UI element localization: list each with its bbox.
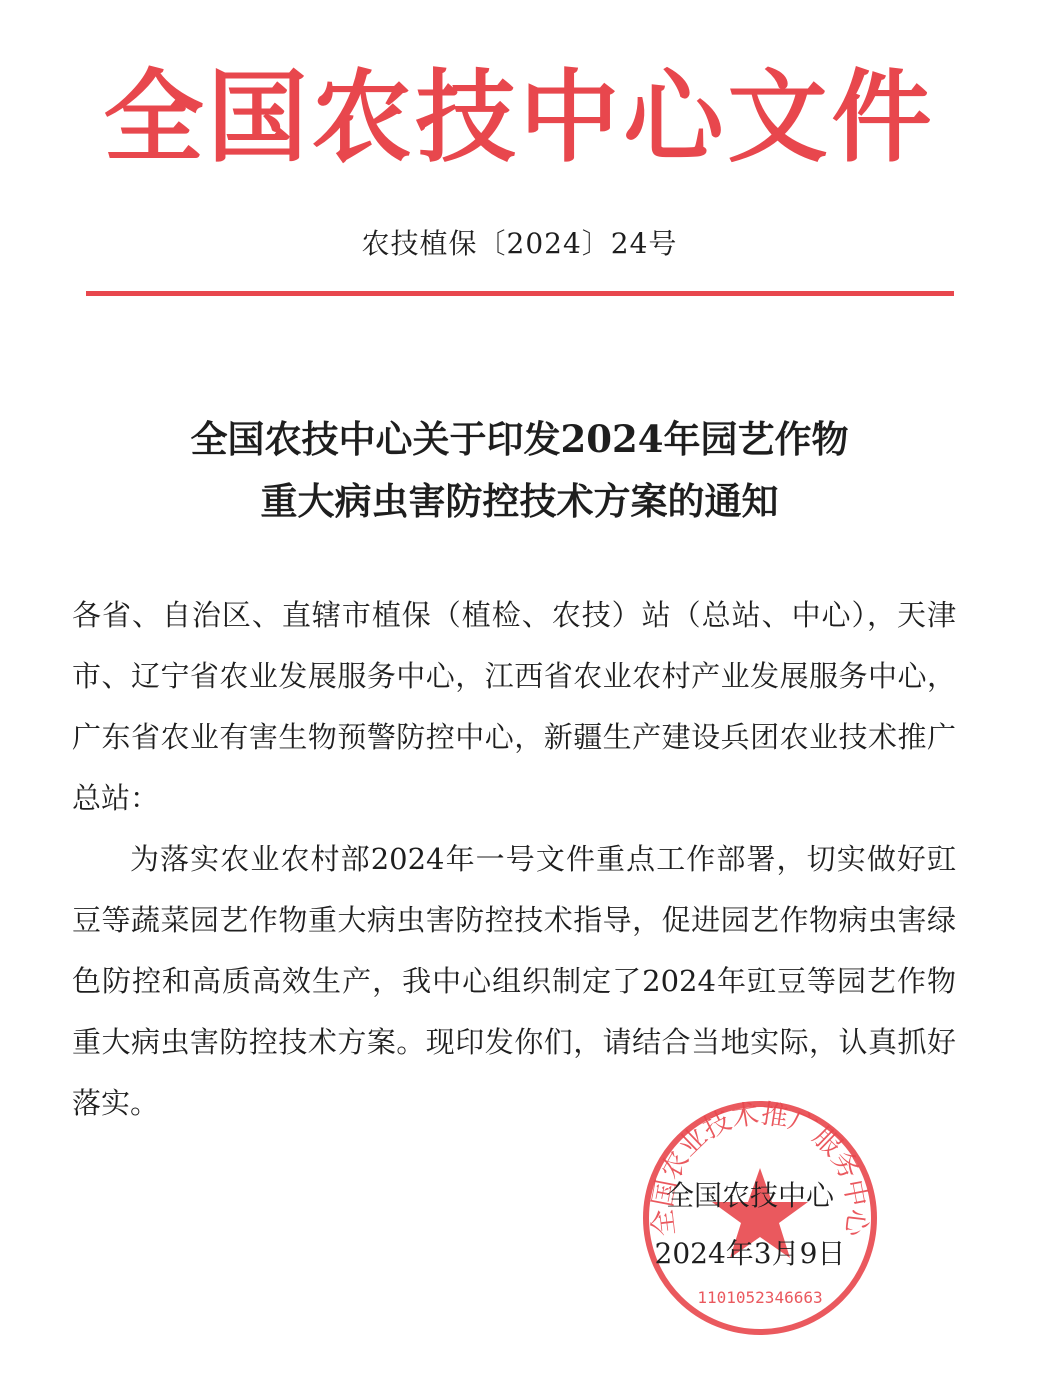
signature-block: 全国农技中心 2024年3月9日 — [620, 1167, 880, 1283]
signature-org: 全国农技中心 — [620, 1167, 880, 1225]
signature-date: 2024年3月9日 — [620, 1225, 880, 1283]
document-number: 农技植保〔2024〕24号 — [0, 224, 1039, 264]
addressee: 各省、自治区、直辖市植保（植检、农技）站（总站、中心），天津市、辽宁省农业发展服… — [72, 585, 956, 829]
document-title: 全国农技中心关于印发2024年园艺作物 重大病虫害防控技术方案的通知 — [0, 408, 1039, 532]
document-body: 各省、自治区、直辖市植保（植检、农技）站（总站、中心），天津市、辽宁省农业发展服… — [72, 585, 956, 1134]
document-title-line-1: 全国农技中心关于印发2024年园艺作物 — [0, 408, 1039, 470]
seal-code: 1101052346663 — [697, 1288, 822, 1307]
body-paragraph: 为落实农业农村部2024年一号文件重点工作部署，切实做好豇豆等蔬菜园艺作物重大病… — [72, 829, 956, 1134]
document-header-title: 全国农技中心文件 — [0, 62, 1039, 172]
header-divider — [86, 291, 954, 296]
document-title-line-2: 重大病虫害防控技术方案的通知 — [0, 470, 1039, 532]
